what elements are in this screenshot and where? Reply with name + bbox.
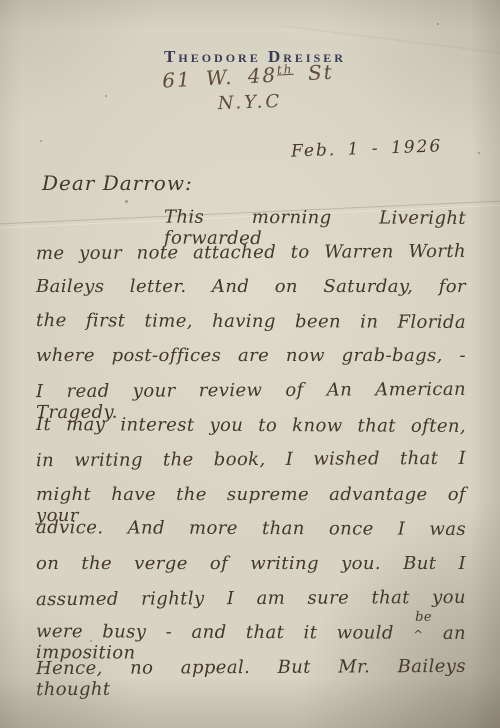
body-line: the first time, having been in Florida [36, 310, 466, 346]
address-street-suffix: St [293, 60, 334, 86]
body-line: on the verge of writing you. But I [36, 553, 466, 588]
address-street-number: 61 W. 48 [162, 63, 278, 93]
body-line: in writing the book, I wished that I [36, 448, 466, 485]
salutation: Dear Darrow: [42, 171, 193, 195]
body-line-with-insertion: were busy - and that it would ^be an imp… [36, 621, 466, 657]
body-line: might have the supreme advantage of your [36, 484, 466, 519]
body-line: where post-offices are now grab-bags, - [36, 345, 466, 380]
letter-page: Theodore Dreiser 61 W. 48th St N.Y.C Feb… [0, 0, 500, 728]
inserted-word: be [415, 610, 432, 625]
body-line: assumed rightly I am sure that you [36, 586, 466, 623]
letter-body: This morning Liveright forwarded me your… [36, 207, 466, 691]
body-line: me your note attached to Warren Worth [36, 240, 466, 277]
body-line: I read your review of An American Traged… [36, 379, 466, 416]
paper-speck [478, 152, 480, 154]
body-line: This morning Liveright forwarded [36, 206, 466, 242]
paper-speck [40, 140, 42, 142]
insertion-mark: ^be [413, 623, 424, 644]
paper-speck [125, 200, 128, 203]
body-line: It may interest you to know that often, [36, 414, 466, 450]
body-line: advice. And more than once I was [36, 517, 466, 553]
letter-date: Feb. 1 - 1926 [290, 136, 442, 161]
body-line: Hence, no appeal. But Mr. Baileys though… [36, 656, 466, 693]
address-ordinal-suffix: th [277, 62, 294, 77]
body-line: Baileys letter. And on Saturday, for [36, 276, 466, 311]
caret-mark: ^ [413, 628, 424, 642]
body-line-pre: were busy - and that it would [36, 621, 394, 644]
paper-speck [437, 23, 439, 25]
